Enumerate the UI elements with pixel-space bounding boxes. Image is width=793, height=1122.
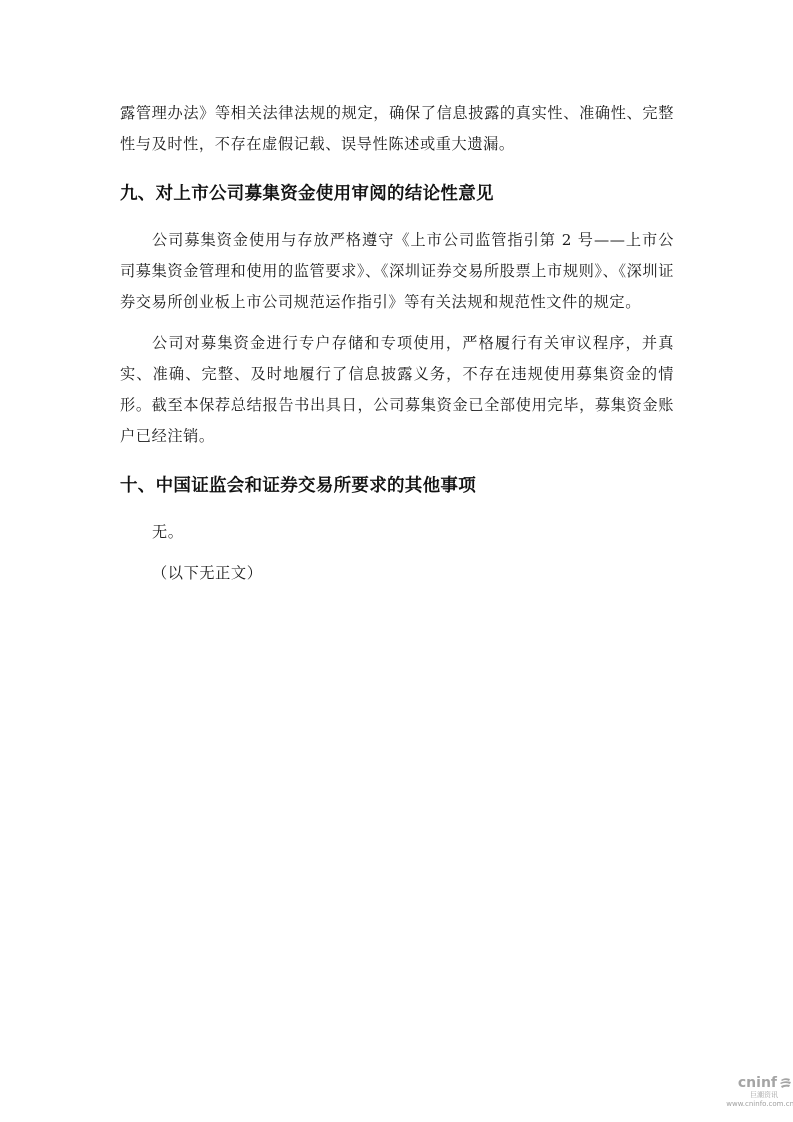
end-of-text-note: （以下无正文） [120, 558, 674, 589]
document-page: 露管理办法》等相关法律法规的规定，确保了信息披露的真实性、准确性、完整性与及时性… [0, 0, 793, 1122]
section-heading-9: 九、对上市公司募集资金使用审阅的结论性意见 [120, 182, 674, 206]
continued-paragraph: 露管理办法》等相关法律法规的规定，确保了信息披露的真实性、准确性、完整性与及时性… [120, 98, 674, 160]
section-10-paragraph-1: 无。 [120, 517, 674, 548]
section-heading-10: 十、中国证监会和证券交易所要求的其他事项 [120, 474, 674, 498]
section-9-paragraph-2: 公司对募集资金进行专户存储和专项使用，严格履行有关审议程序，并真实、准确、完整、… [120, 328, 674, 452]
section-9-paragraph-1: 公司募集资金使用与存放严格遵守《上市公司监管指引第 2 号——上市公司募集资金管… [120, 225, 674, 318]
document-body: 露管理办法》等相关法律法规的规定，确保了信息披露的真实性、准确性、完整性与及时性… [120, 98, 674, 589]
cninfo-swirl-icon [779, 1077, 792, 1089]
watermark-chinese-name: 巨潮资讯 [722, 1091, 778, 1100]
watermark-url: www.cninfo.com.cn [722, 1100, 793, 1109]
watermark-brand-text: cninf [738, 1075, 777, 1091]
cninfo-watermark: cninf 巨潮资讯 www.cninfo.com.cn [722, 1072, 792, 1109]
watermark-brand: cninf [738, 1075, 792, 1091]
